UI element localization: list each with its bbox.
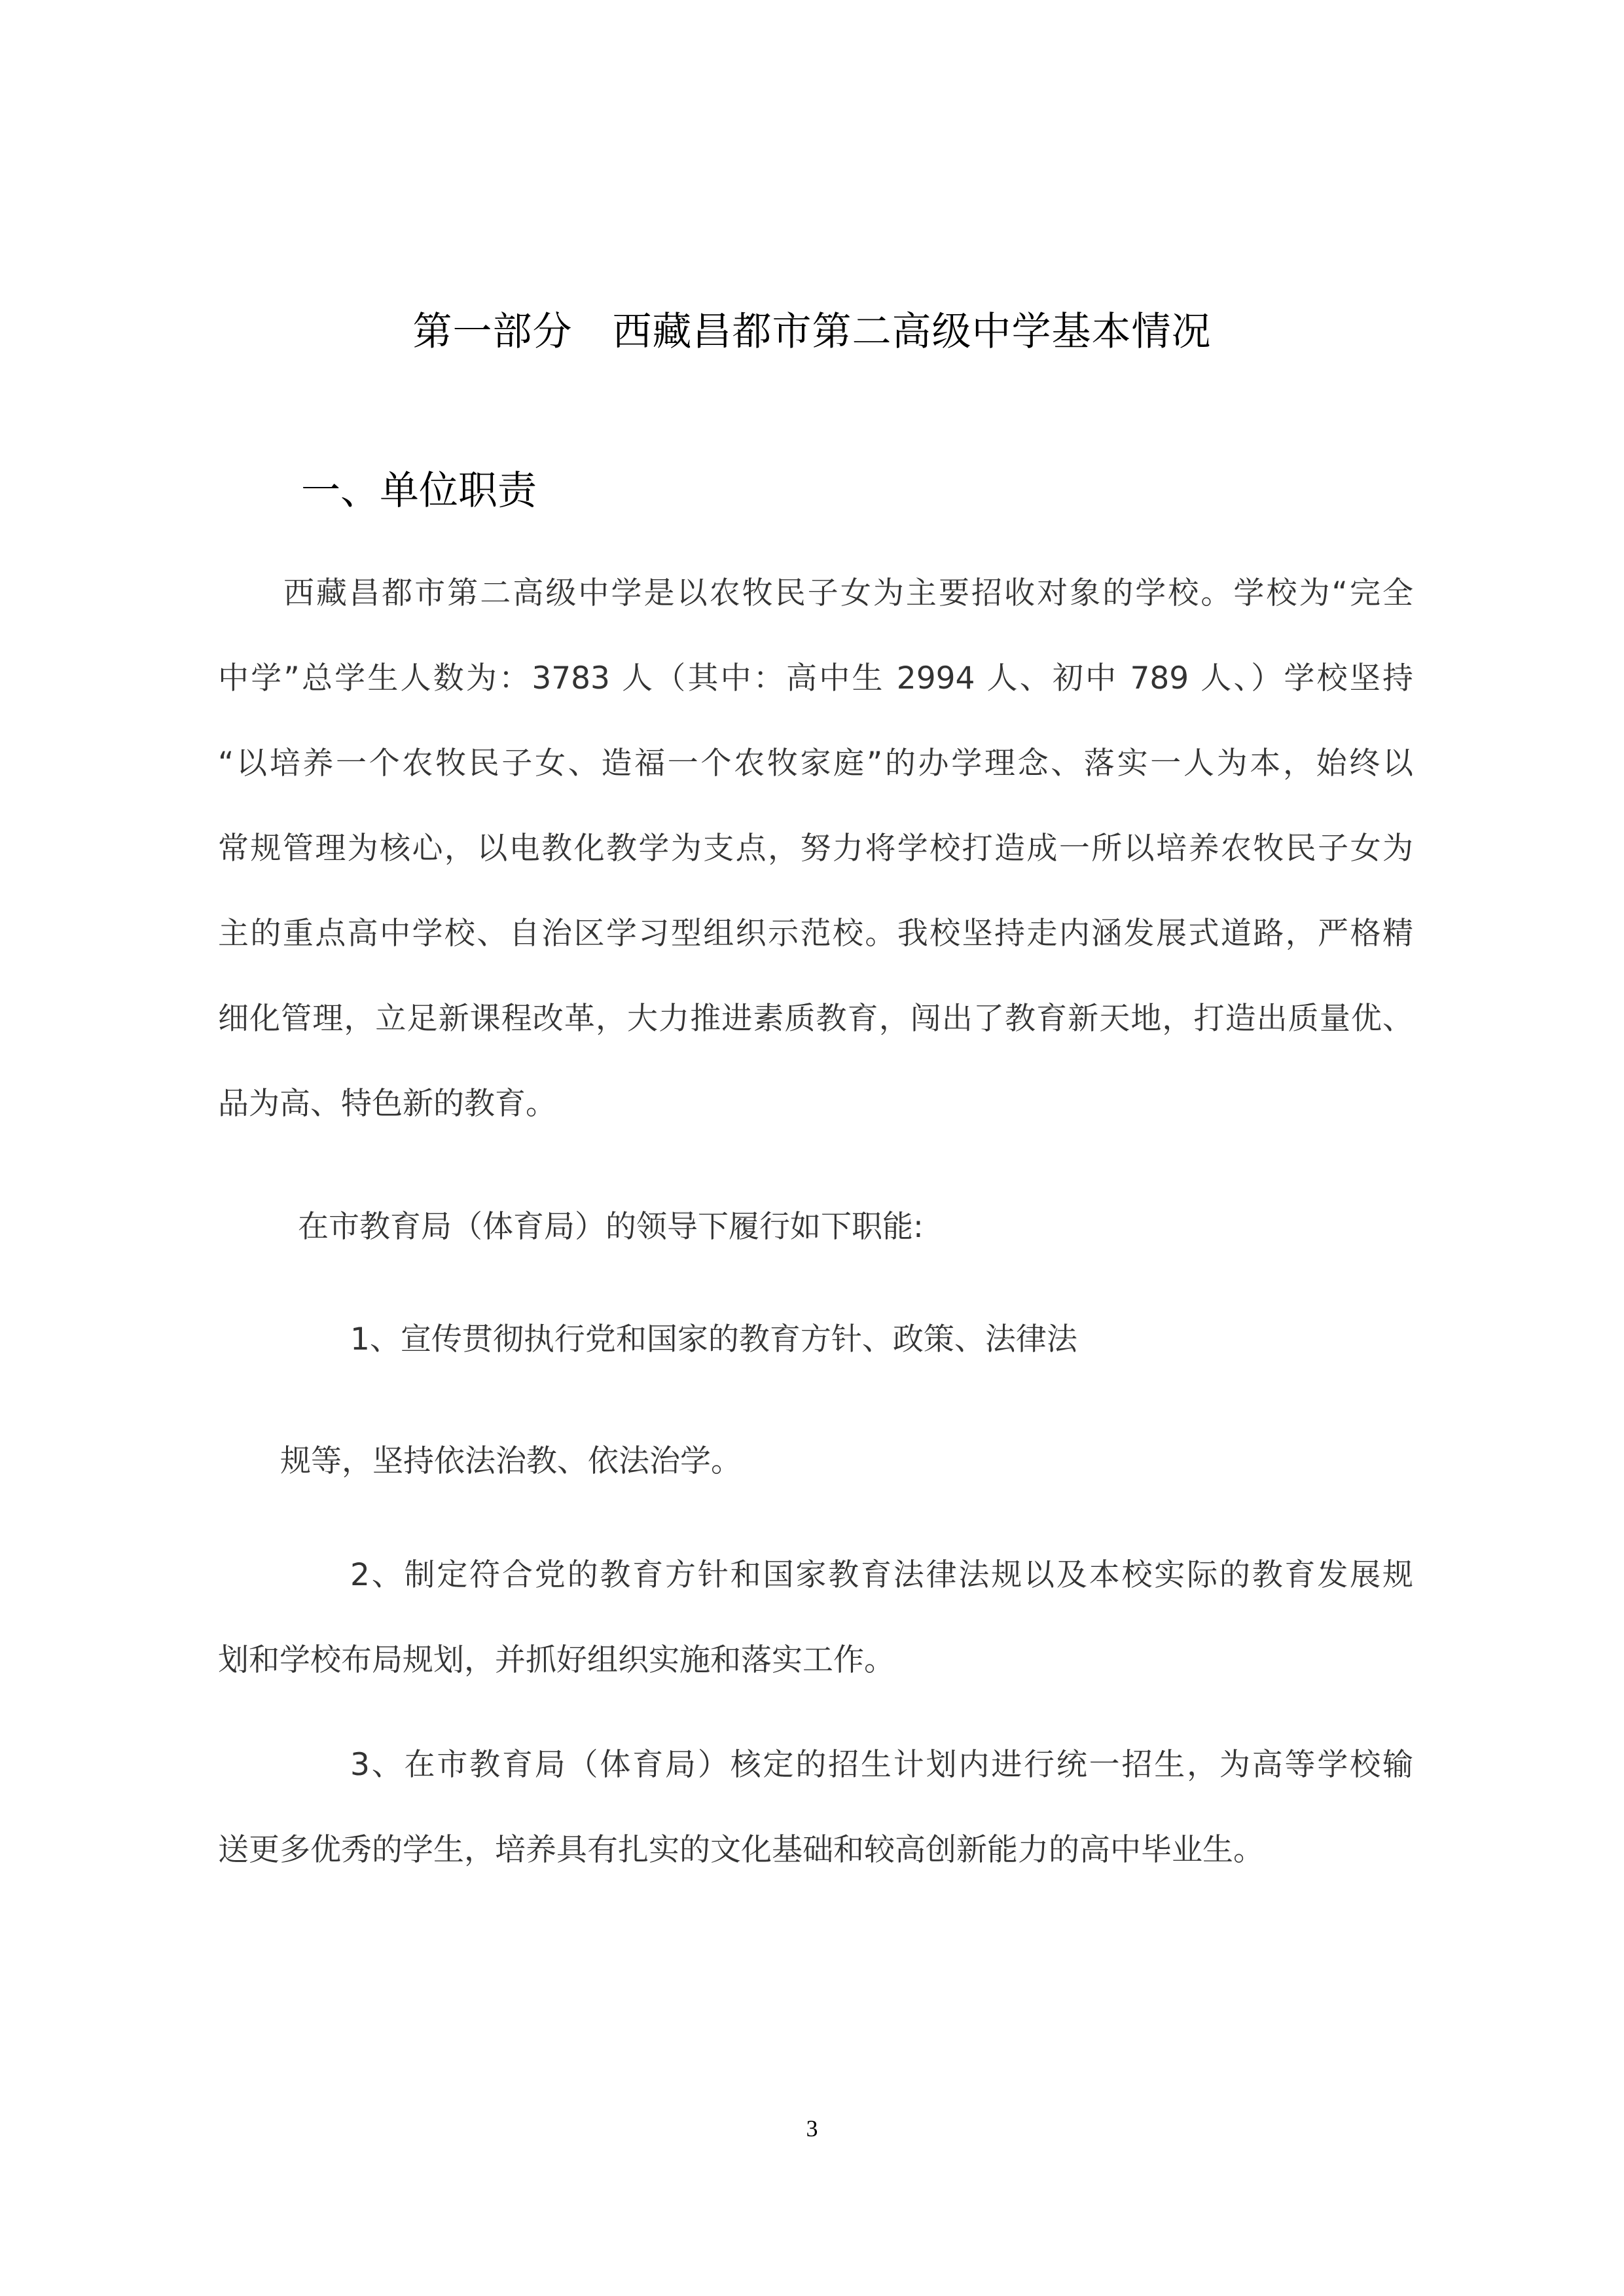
function-line: 3、在市教育局（体育局）核定的招生计划内进行统一招生，为高等学校输: [350, 1742, 1413, 1788]
paragraph-line: 品为高、特色新的教育。: [218, 1081, 556, 1127]
section-heading: 一、单位职责: [301, 461, 537, 520]
function-line: 规等，坚持依法治教、依法治学。: [280, 1439, 742, 1484]
page-title: 第一部分 西藏昌都市第二高级中学基本情况: [0, 302, 1624, 361]
function-line: 划和学校布局规划，并抓好组织实施和落实工作。: [218, 1638, 895, 1683]
page-number: 3: [0, 2115, 1624, 2142]
paragraph-line: 西藏昌都市第二高级中学是以农牧民子女为主要招收对象的学校。学校为“完全: [283, 571, 1413, 617]
paragraph-line: 常规管理为核心，以电教化教学为支点，努力将学校打造成一所以培养农牧民子女为: [218, 826, 1413, 872]
paragraph-line: 细化管理，立足新课程改革，大力推进素质教育，闯出了教育新天地，打造出质量优、: [218, 996, 1413, 1042]
functions-intro: 在市教育局（体育局）的领导下履行如下职能:: [298, 1204, 924, 1250]
function-line: 送更多优秀的学生，培养具有扎实的文化基础和较高创新能力的高中毕业生。: [218, 1827, 1264, 1873]
paragraph-line: 中学”总学生人数为：3783 人（其中：高中生 2994 人、初中 789 人、…: [218, 656, 1413, 702]
document-page: 第一部分 西藏昌都市第二高级中学基本情况 一、单位职责 西藏昌都市第二高级中学是…: [0, 0, 1624, 2296]
paragraph-line: 主的重点高中学校、自治区学习型组织示范校。我校坚持走内涵发展式道路，严格精: [218, 911, 1413, 957]
paragraph-line: “以培养一个农牧民子女、造福一个农牧家庭”的办学理念、落实一人为本，始终以: [218, 741, 1413, 787]
function-line: 2、制定符合党的教育方针和国家教育法律法规以及本校实际的教育发展规: [350, 1552, 1413, 1598]
function-line: 1、宣传贯彻执行党和国家的教育方针、政策、法律法: [350, 1317, 1077, 1363]
